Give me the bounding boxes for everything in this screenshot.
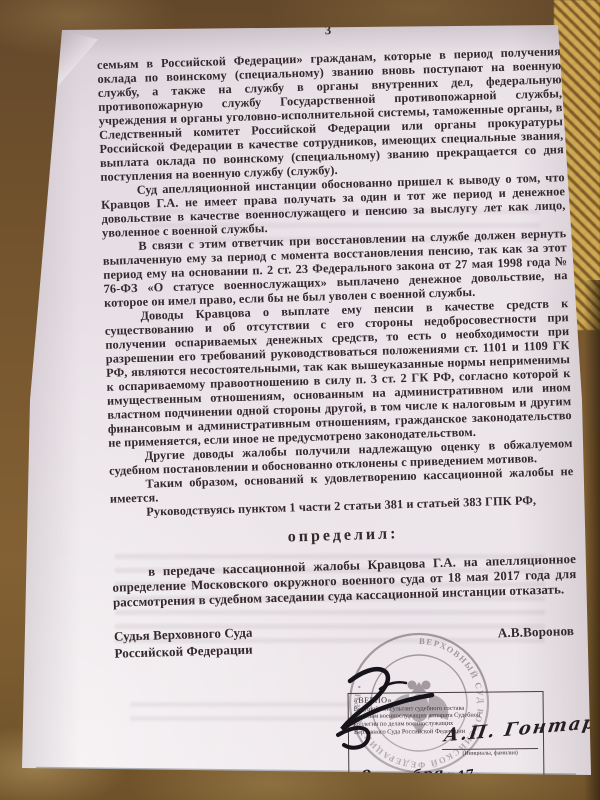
judge-name: А.В.Воронов: [497, 622, 578, 641]
bleed-through-text: [130, 698, 350, 724]
handwritten-day: 9: [361, 773, 372, 782]
document-page: 3 семьям в Российской Федерации» граждан…: [10, 10, 598, 788]
ruling-heading: определил:: [111, 522, 575, 550]
page-number: 3: [96, 16, 560, 44]
handwritten-year: 17: [457, 771, 475, 781]
initials-caption: (Инициалы, фамилия): [442, 748, 538, 759]
close-quote: »: [375, 773, 378, 781]
ruling-paragraph: в передаче кассационной жалобы Кравцова …: [112, 552, 577, 611]
handwritten-month: ноября: [381, 770, 445, 783]
judge-title-line2: Российской Федерации: [114, 640, 253, 661]
judge-signature-scribble: [328, 655, 453, 763]
printed-year-suffix: г.: [477, 772, 481, 780]
body-paragraph: Доводы Кравцова о выплате ему пенсии в к…: [104, 296, 572, 450]
photo-of-document: 3 семьям в Российской Федерации» граждан…: [0, 0, 600, 800]
document-text: 3 семьям в Российской Федерации» граждан…: [96, 16, 579, 661]
judge-title: Судья Верховного Суда Российской Федерац…: [114, 623, 254, 661]
folded-corner: [46, 26, 98, 100]
printed-year-prefix: 20: [448, 772, 455, 780]
stamp-date: « 9 » ноября 20 17 г.: [355, 772, 480, 781]
open-quote: «: [355, 773, 358, 781]
body-paragraph: семьям в Российской Федерации» гражданам…: [97, 44, 565, 184]
